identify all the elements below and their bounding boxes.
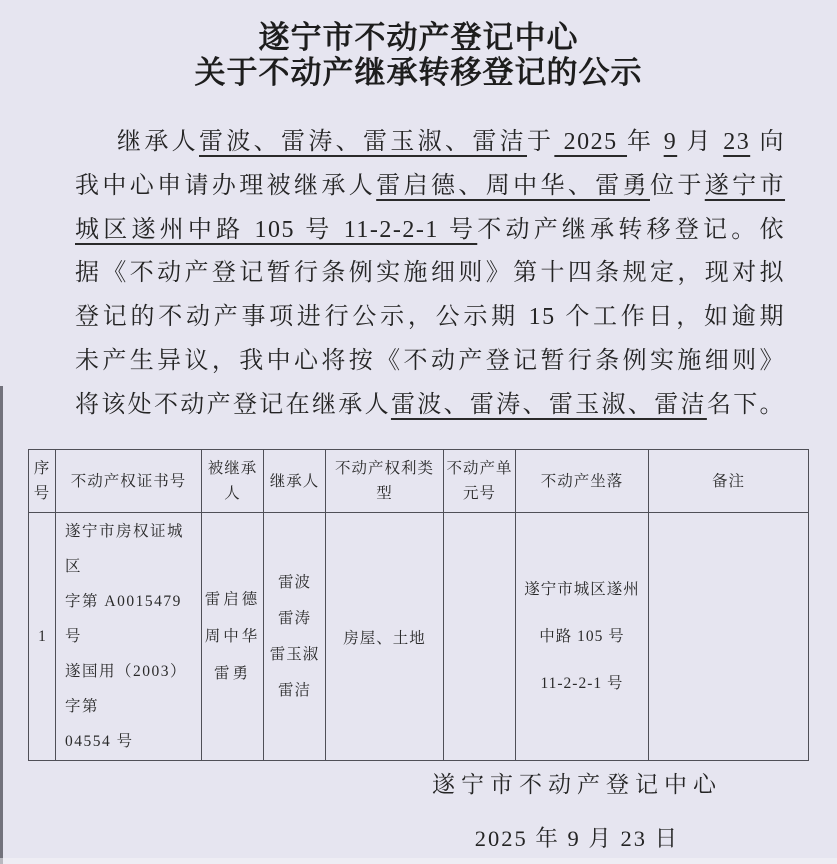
- col-header-remark: 备注: [649, 450, 809, 513]
- body-line-5: 登记的不动产事项进行公示，公示期 15 个工作日，如逾期: [75, 296, 785, 340]
- underlined-heir-names: 雷波、雷涛、雷玉淑、雷洁: [391, 392, 707, 418]
- document-title: 遂宁市不动产登记中心 关于不动产继承转移登记的公示: [0, 20, 837, 90]
- notice-document-page: 遂宁市不动产登记中心 关于不动产继承转移登记的公示 继承人雷波、雷涛、雷玉淑、雷…: [0, 0, 837, 864]
- body-line-3: 城区遂州中路 105 号 11-2-2-1 号不动产继承转移登记。依: [75, 209, 785, 253]
- underlined-month: 9: [664, 129, 678, 155]
- body-line-6: 未产生异议，我中心将按《不动产登记暂行条例实施细则》: [75, 340, 785, 384]
- decedent-name: 雷启德: [203, 581, 262, 618]
- body-text: 我中心申请办理被继承人: [75, 173, 376, 199]
- body-line-2: 我中心申请办理被继承人雷启德、周中华、雷勇位于遂宁市: [75, 165, 785, 209]
- underlined-address: 城区遂州中路 105 号 11-2-2-1 号: [75, 217, 477, 243]
- decedent-name: 周中华: [203, 618, 262, 655]
- body-text: 年: [627, 129, 664, 155]
- col-header-certificate-no: 不动产权证书号: [56, 450, 202, 513]
- body-line-1: 继承人雷波、雷涛、雷玉淑、雷洁于 2025 年 9 月 23 向: [75, 121, 785, 165]
- col-header-serial: 序号: [29, 450, 56, 513]
- col-header-right-type: 不动产权利类型: [326, 450, 444, 513]
- document-title-line-2: 关于不动产继承转移登记的公示: [0, 55, 837, 90]
- body-text: 月: [677, 129, 723, 155]
- signature-organization: 遂宁市不动产登记中心: [412, 766, 742, 799]
- location-line: 中路 105 号: [517, 613, 647, 660]
- underlined-day: 23: [723, 129, 750, 155]
- scan-edge-artifact-left: [0, 386, 3, 864]
- certificate-line: 遂国用（2003）字第: [65, 654, 197, 724]
- cell-unit-no: [444, 513, 516, 761]
- table-row: 1 遂宁市房权证城区 字第 A0015479 号 遂国用（2003）字第 045…: [29, 513, 809, 761]
- body-text: 继承人: [117, 129, 199, 155]
- cell-certificate-no: 遂宁市房权证城区 字第 A0015479 号 遂国用（2003）字第 04554…: [56, 513, 202, 761]
- body-text: 将该处不动产登记在继承人: [75, 392, 391, 418]
- body-line-7: 将该处不动产登记在继承人雷波、雷涛、雷玉淑、雷洁名下。: [75, 384, 785, 428]
- scan-edge-artifact-bottom: [0, 858, 837, 864]
- body-text: 登记的不动产事项进行公示，公示期 15 个工作日，如逾期: [75, 304, 785, 330]
- underlined-heir-names: 雷波、雷涛、雷玉淑、雷洁: [199, 129, 527, 155]
- certificate-line: 字第 A0015479 号: [65, 584, 197, 654]
- underlined-city: 遂宁市: [705, 173, 785, 199]
- document-title-line-1: 遂宁市不动产登记中心: [0, 20, 837, 55]
- table-header-row: 序号 不动产权证书号 被继承人 继承人 不动产权利类型 不动产单元号 不动产坐落…: [29, 450, 809, 513]
- body-line-4: 据《不动产登记暂行条例实施细则》第十四条规定，现对拟: [75, 252, 785, 296]
- heir-name: 雷玉淑: [265, 637, 324, 673]
- body-text: 不动产继承转移登记。依: [477, 217, 785, 243]
- heir-name: 雷涛: [265, 601, 324, 637]
- cell-right-type: 房屋、土地: [326, 513, 444, 761]
- location-line: 遂宁市城区遂州: [517, 566, 647, 613]
- body-text: 于: [527, 129, 554, 155]
- notice-paragraph: 继承人雷波、雷涛、雷玉淑、雷洁于 2025 年 9 月 23 向 我中心申请办理…: [75, 121, 785, 428]
- heir-name: 雷洁: [265, 673, 324, 709]
- signature-block: 遂宁市不动产登记中心 2025 年 9 月 23 日: [412, 766, 742, 853]
- registration-table: 序号 不动产权证书号 被继承人 继承人 不动产权利类型 不动产单元号 不动产坐落…: [28, 449, 809, 761]
- col-header-unit-no: 不动产单元号: [444, 450, 516, 513]
- body-text: 位于: [650, 173, 705, 199]
- body-text: 向: [750, 129, 785, 155]
- signature-date: 2025 年 9 月 23 日: [412, 821, 742, 853]
- certificate-line: 遂宁市房权证城区: [65, 514, 197, 584]
- cell-heirs: 雷波 雷涛 雷玉淑 雷洁: [264, 513, 326, 761]
- heir-name: 雷波: [265, 565, 324, 601]
- underlined-decedent-names: 雷启德、周中华、雷勇: [376, 173, 650, 199]
- cell-remark: [649, 513, 809, 761]
- body-text: 名下。: [707, 392, 785, 418]
- col-header-decedent: 被继承人: [202, 450, 264, 513]
- decedent-name: 雷勇: [203, 655, 262, 692]
- right-type-text: 房屋、土地: [343, 630, 426, 647]
- cell-location: 遂宁市城区遂州 中路 105 号 11-2-2-1 号: [516, 513, 649, 761]
- cell-serial: 1: [29, 513, 56, 761]
- certificate-line: 04554 号: [65, 724, 197, 759]
- underlined-year: 2025: [554, 129, 627, 155]
- body-text: 据《不动产登记暂行条例实施细则》第十四条规定，现对拟: [75, 260, 785, 286]
- body-text: 未产生异议，我中心将按《不动产登记暂行条例实施细则》: [75, 348, 785, 374]
- col-header-location: 不动产坐落: [516, 450, 649, 513]
- location-line: 11-2-2-1 号: [517, 660, 647, 707]
- cell-decedents: 雷启德 周中华 雷勇: [202, 513, 264, 761]
- col-header-heir: 继承人: [264, 450, 326, 513]
